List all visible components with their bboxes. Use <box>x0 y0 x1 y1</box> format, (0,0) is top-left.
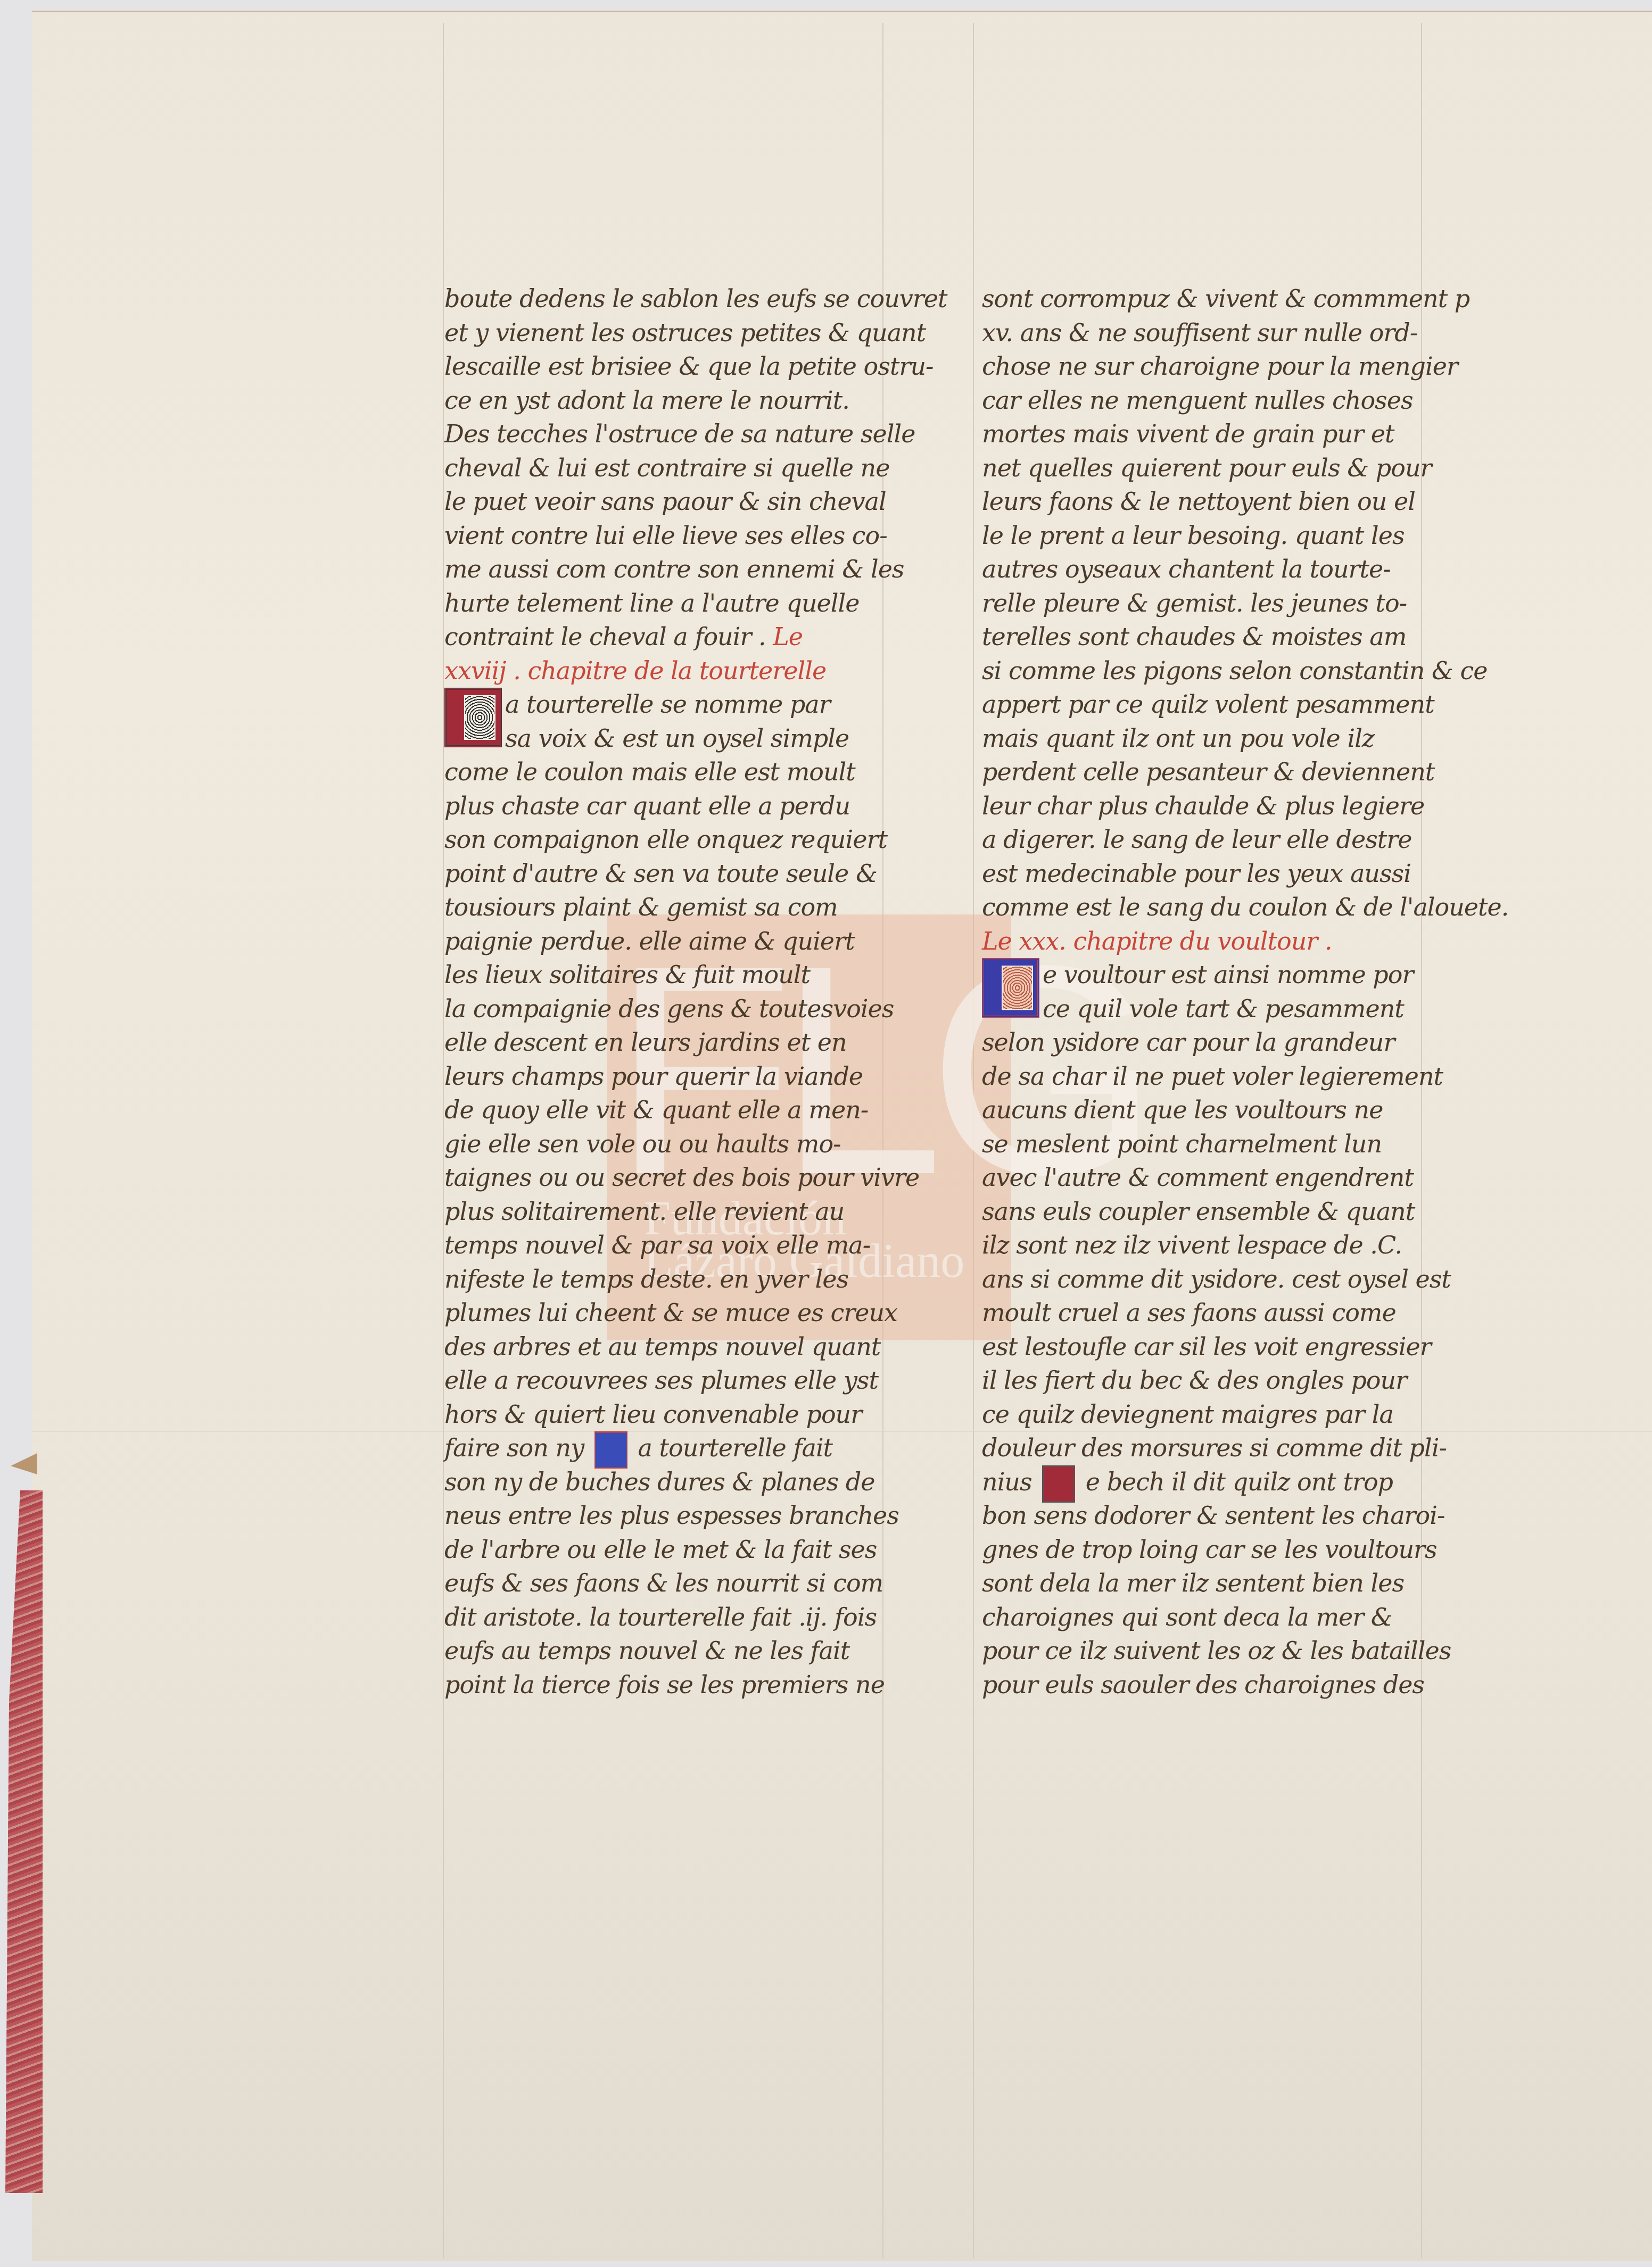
text-line: net quelles quierent pour euls & pour <box>982 451 1472 485</box>
text-line: autres oyseaux chantent la tourte- <box>982 553 1472 587</box>
text-fragment: faire son ny <box>444 1433 584 1462</box>
text-line: ilz sont nez ilz vivent lespace de .C. <box>982 1229 1472 1263</box>
text-fragment: e bech il dit quilz ont trop <box>1086 1468 1393 1496</box>
text-line: et y vienent les ostruces petites & quan… <box>444 316 913 350</box>
text-line: sa voix & est un oysel simple <box>444 722 913 756</box>
initial-ornament-icon <box>464 695 495 740</box>
text-line: plumes lui cheent & se muce es creux <box>444 1296 913 1330</box>
text-line: mais quant ilz ont un pou vole ilz <box>982 722 1472 756</box>
text-line: de quoy elle vit & quant elle a men- <box>444 1093 913 1127</box>
binding-edge <box>5 1490 43 2193</box>
text-line: sont dela la mer ilz sentent bien les <box>982 1567 1472 1601</box>
text-line: sont corrompuz & vivent & commment p <box>982 282 1472 316</box>
text-line: sans euls coupler ensemble & quant <box>982 1195 1472 1229</box>
text-line: boute dedens le sablon les eufs se couvr… <box>444 282 913 316</box>
text-line: chose ne sur charoigne pour la mengier <box>982 350 1472 384</box>
chapter-rubric: xxviij . chapitre de la tourterelle <box>444 654 913 688</box>
text-line: taignes ou ou secret des bois pour vivre <box>444 1161 913 1195</box>
text-line: hors & quiert lieu convenable pour <box>444 1398 913 1432</box>
text-line: si comme les pigons selon constantin & c… <box>982 654 1472 688</box>
text-line: Des tecches l'ostruce de sa nature selle <box>444 417 913 451</box>
text-line: douleur des morsures si comme dit pli- <box>982 1431 1472 1465</box>
text-line: mortes mais vivent de grain pur et <box>982 417 1472 451</box>
text-line: me aussi com contre son ennemi & les <box>444 553 913 587</box>
text-line: point la tierce fois se les premiers ne <box>444 1668 913 1702</box>
text-line: de l'arbre ou elle le met & la fait ses <box>444 1533 913 1567</box>
text-line: pour ce ilz suivent les oz & les bataill… <box>982 1634 1472 1668</box>
text-line: se meslent point charnelment lun <box>982 1127 1472 1161</box>
text-line: eufs & ses faons & les nourrit si com <box>444 1567 913 1601</box>
text-line: eufs au temps nouvel & ne les fait <box>444 1634 913 1668</box>
text-line: paignie perdue. elle aime & quiert <box>444 925 913 959</box>
text-fragment: nius <box>982 1468 1032 1496</box>
text-line: gnes de trop loing car se les voultours <box>982 1533 1472 1567</box>
text-line: le le prent a leur besoing. quant les <box>982 519 1472 553</box>
text-line: a tourterelle se nomme par <box>444 688 913 722</box>
text-line: leurs faons & le nettoyent bien ou el <box>982 485 1472 519</box>
text-fragment: a tourterelle fait <box>638 1433 832 1462</box>
text-line: moult cruel a ses faons aussi come <box>982 1296 1472 1330</box>
text-line: des arbres et au temps nouvel quant <box>444 1330 913 1364</box>
text-line: e voultour est ainsi nomme por <box>982 958 1472 992</box>
text-line: selon ysidore car pour la grandeur <box>982 1026 1472 1060</box>
chapter-start-block: e voultour est ainsi nomme por ce quil v… <box>982 958 1472 1026</box>
text-line: nius e bech il dit quilz ont trop <box>982 1465 1472 1499</box>
text-line: leur char plus chaulde & plus legiere <box>982 789 1472 823</box>
rubric-text: Le <box>773 622 803 651</box>
text-line: xv. ans & ne souffisent sur nulle ord- <box>982 316 1472 350</box>
text-line: car elles ne menguent nulles choses <box>982 384 1472 418</box>
text-line: de sa char il ne puet voler legierement <box>982 1060 1472 1094</box>
small-initial-icon <box>594 1431 627 1469</box>
small-initial-icon <box>1042 1465 1075 1503</box>
illuminated-initial <box>982 958 1039 1018</box>
text-line: temps nouvel & par sa voix elle ma- <box>444 1229 913 1263</box>
text-line: elle a recouvrees ses plumes elle yst <box>444 1364 913 1398</box>
text-line: relle pleure & gemist. les jeunes to- <box>982 587 1472 621</box>
text-line: contraint le cheval a fouir . Le <box>444 620 913 654</box>
text-line: neus entre les plus espesses branches <box>444 1499 913 1533</box>
text-line: pour euls saouler des charoignes des <box>982 1668 1472 1702</box>
text-line: son ny de buches dures & planes de <box>444 1465 913 1499</box>
text-line: les lieux solitaires & fuit moult <box>444 958 913 992</box>
text-line: perdent celle pesanteur & deviennent <box>982 755 1472 789</box>
text-line: cheval & lui est contraire si quelle ne <box>444 451 913 485</box>
text-line: appert par ce quilz volent pesamment <box>982 688 1472 722</box>
text-line: tousiours plaint & gemist sa com <box>444 891 913 925</box>
text-line: ce en yst adont la mere le nourrit. <box>444 384 913 418</box>
text-line: vient contre lui elle lieve ses elles co… <box>444 519 913 553</box>
text-line: comme est le sang du coulon & de l'aloue… <box>982 891 1472 925</box>
text-line: charoignes qui sont deca la mer & <box>982 1601 1472 1635</box>
text-line: ans si comme dit ysidore. cest oysel est <box>982 1263 1472 1297</box>
initial-ornament-icon <box>1002 966 1033 1010</box>
text-line: nifeste le temps deste. en yver les <box>444 1263 913 1297</box>
text-column-right: sont corrompuz & vivent & commment p xv.… <box>982 282 1472 1702</box>
text-line: son compaignon elle onquez requiert <box>444 823 913 857</box>
text-line: il les fiert du bec & des ongles pour <box>982 1364 1472 1398</box>
text-column-left: boute dedens le sablon les eufs se couvr… <box>444 282 913 1702</box>
text-line: ce quil vole tart & pesamment <box>982 992 1472 1026</box>
text-line: a digerer. le sang de leur elle destre <box>982 823 1472 857</box>
text-line: avec l'autre & comment engendrent <box>982 1161 1472 1195</box>
ruling-line <box>443 23 444 2258</box>
text-line: leurs champs pour querir la viande <box>444 1060 913 1094</box>
text-line: bon sens dodorer & sentent les charoi- <box>982 1499 1472 1533</box>
text-line: come le coulon mais elle est moult <box>444 755 913 789</box>
text-line: ce quilz deviegnent maigres par la <box>982 1398 1472 1432</box>
text-line: est medecinable pour les yeux aussi <box>982 857 1472 891</box>
text-line: la compaignie des gens & toutesvoies <box>444 992 913 1026</box>
chapter-start-block: a tourterelle se nomme par sa voix & est… <box>444 688 913 755</box>
text-line: gie elle sen vole ou ou haults mo- <box>444 1127 913 1161</box>
text-line: aucuns dient que les voultours ne <box>982 1093 1472 1127</box>
binding-tab <box>11 1453 37 1474</box>
text-line: le puet veoir sans paour & sin cheval <box>444 485 913 519</box>
text-line: hurte telement line a l'autre quelle <box>444 587 913 621</box>
text-fragment: contraint le cheval a fouir . <box>444 622 766 651</box>
text-line: point d'autre & sen va toute seule & <box>444 857 913 891</box>
text-line: plus solitairement. elle revient au <box>444 1195 913 1229</box>
text-line: dit aristote. la tourterelle fait .ij. f… <box>444 1601 913 1635</box>
text-line: terelles sont chaudes & moistes am <box>982 620 1472 654</box>
text-line: plus chaste car quant elle a perdu <box>444 789 913 823</box>
text-line: elle descent en leurs jardins et en <box>444 1026 913 1060</box>
text-line: est lestoufle car sil les voit engressie… <box>982 1330 1472 1364</box>
text-line: faire son ny a tourterelle fait <box>444 1431 913 1465</box>
illuminated-initial <box>444 688 502 747</box>
chapter-rubric: Le xxx. chapitre du voultour . <box>982 925 1472 959</box>
text-line: lescaille est brisiee & que la petite os… <box>444 350 913 384</box>
